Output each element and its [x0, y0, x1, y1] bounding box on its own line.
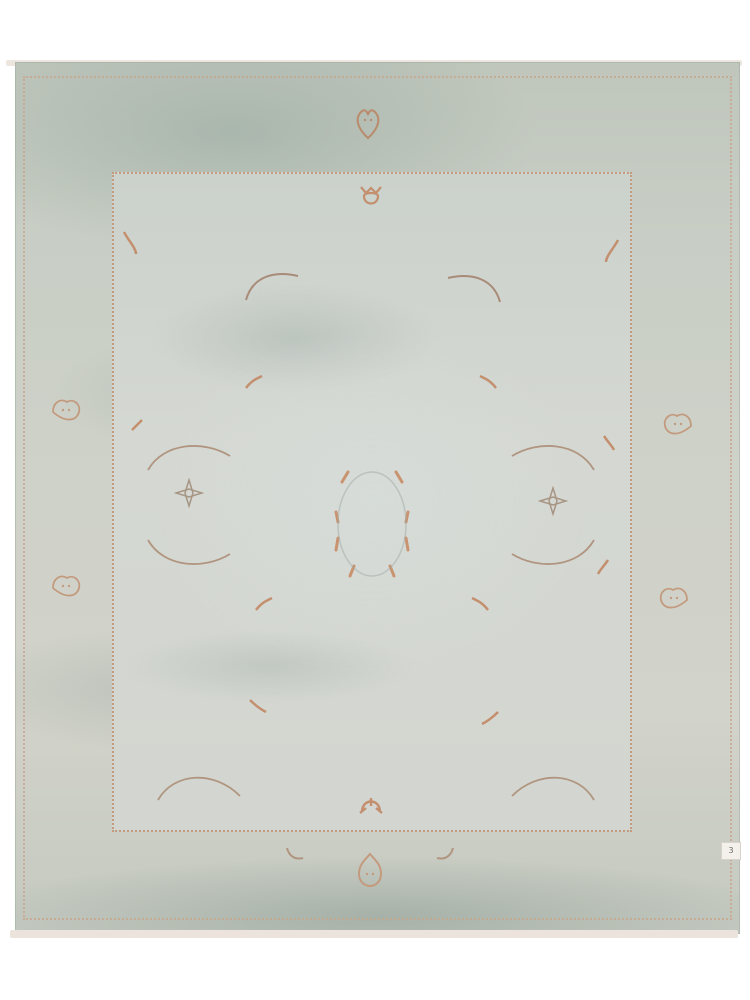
leaf-accent-top-left	[122, 230, 138, 256]
vine-scroll-lower-right	[508, 534, 598, 574]
bottom-border-scroll-left	[285, 846, 305, 862]
right-border-palmette-lower	[657, 582, 691, 616]
vine-scroll-lower-left	[144, 534, 234, 574]
leaf-accent-right-2	[602, 434, 616, 452]
rug	[15, 62, 740, 934]
rug-fringe-bottom	[10, 930, 738, 938]
left-border-palmette-lower	[49, 570, 83, 604]
rosette-right	[538, 486, 568, 516]
vine-scroll-bottom-left	[154, 766, 244, 806]
bottom-field-tulip	[358, 792, 384, 816]
rosette-left	[174, 478, 204, 508]
leaf-accent-left-3	[254, 596, 274, 612]
center-medallion	[312, 430, 432, 590]
right-border-palmette-upper	[661, 408, 695, 442]
rug-field	[112, 172, 632, 832]
left-border-palmette-upper	[49, 394, 83, 428]
vine-scroll-bottom-right	[508, 766, 598, 806]
vine-scroll-upper-right	[444, 266, 504, 306]
leaf-accent-lower-left	[248, 698, 268, 714]
leaf-accent-left-1	[244, 374, 264, 390]
leaf-accent-left-2	[130, 418, 144, 432]
leaf-accent-right-4	[596, 558, 610, 576]
vine-scroll-mid-right	[508, 436, 598, 476]
leaf-accent-right-1	[478, 374, 498, 390]
top-field-tulip	[358, 184, 384, 208]
bottom-border-palmette	[353, 852, 387, 888]
leaf-accent-lower-right	[480, 710, 500, 726]
vine-scroll-mid-left	[144, 436, 234, 476]
bottom-border-scroll-right	[435, 846, 455, 862]
vine-scroll-upper-left	[242, 264, 302, 304]
top-border-palmette	[353, 106, 383, 140]
leaf-accent-right-3	[470, 596, 490, 612]
leaf-accent-top-right	[604, 238, 620, 264]
rug-tag: 3	[721, 842, 741, 860]
